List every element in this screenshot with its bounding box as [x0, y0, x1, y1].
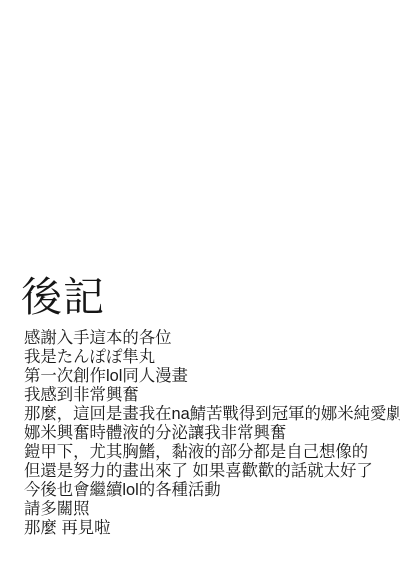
- afterword-line-armor: 鎧甲下，尤其胸鰭，黏液的部分都是自己想像的: [24, 443, 400, 462]
- afterword-line-author: 我是たんぽぽ隼丸: [24, 348, 400, 367]
- afterword-line-first-work: 第一次創作lol同人漫畫: [24, 367, 400, 386]
- afterword-line-nami-excited: 娜米興奮時體液的分泌讓我非常興奮: [24, 424, 400, 443]
- afterword-line-future: 今後也會繼續lol的各種活動: [24, 481, 400, 500]
- afterword-line-effort: 但還是努力的畫出來了 如果喜歡歡的話就太好了: [24, 462, 400, 481]
- afterword-line-excited: 我感到非常興奮: [24, 386, 400, 405]
- afterword-line-regards: 請多關照: [24, 500, 400, 519]
- afterword-line-story-intro: 那麼，這回是畫我在na鯖苦戰得到冠軍的娜米純愛劇情: [24, 405, 400, 424]
- afterword-line-thanks: 感謝入手這本的各位: [24, 329, 400, 348]
- afterword-text-block: 感謝入手這本的各位 我是たんぽぽ隼丸 第一次創作lol同人漫畫 我感到非常興奮 …: [24, 329, 400, 538]
- afterword-page: 後記 感謝入手這本的各位 我是たんぽぽ隼丸 第一次創作lol同人漫畫 我感到非常…: [0, 0, 400, 565]
- afterword-title: 後記: [21, 276, 105, 319]
- afterword-line-goodbye: 那麼 再見啦: [24, 519, 400, 538]
